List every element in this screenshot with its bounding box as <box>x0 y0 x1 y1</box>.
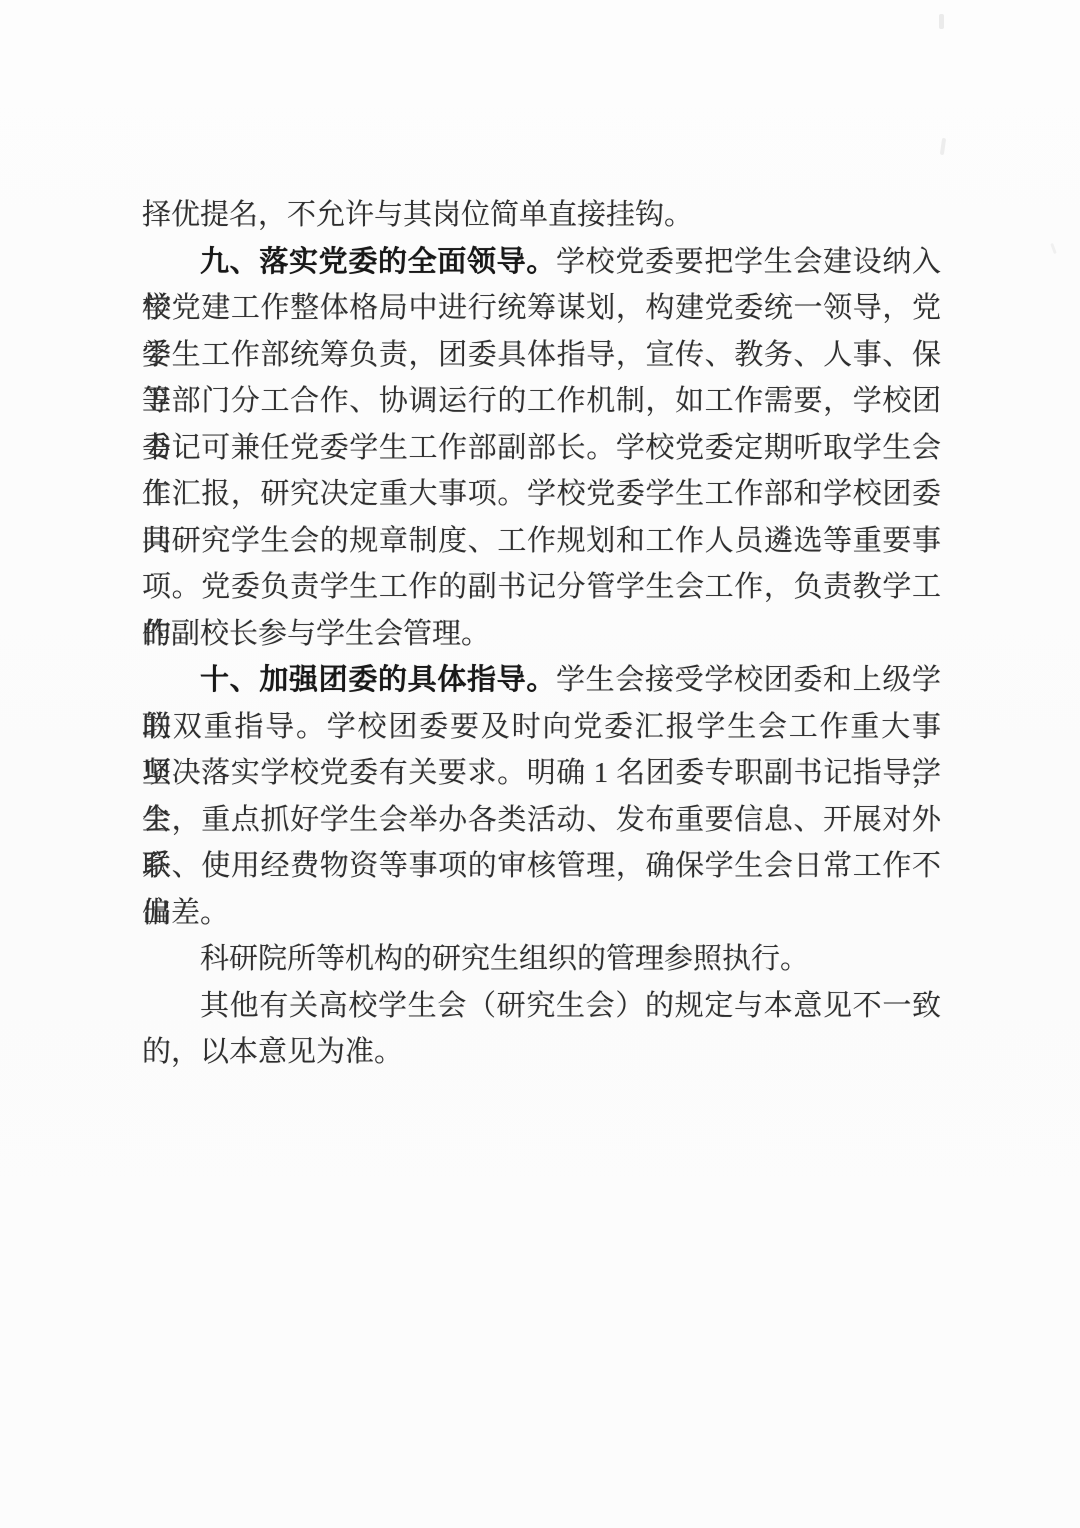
body-line: 等部门分工合作、协调运行的工作机制，如工作需要，学校团委 <box>142 378 941 425</box>
body-text: 其他有关高校学生会（研究生会）的规定与本意见不一致 <box>200 990 941 1022</box>
scan-artifact <box>939 14 944 29</box>
paragraph-last-line: 偏差。 <box>142 890 941 937</box>
section-nine-first-line: 九、落实党委的全面领导。学校党委要把学生会建设纳入学 <box>142 239 941 286</box>
text-column: 择优提名，不允许与其岗位简单直接挂钩。 九、落实党委的全面领导。学校党委要把学生… <box>142 192 941 1076</box>
final-clause-last-line: 的，以本意见为准。 <box>142 1029 941 1076</box>
body-text: 的副校长参与学生会管理。 <box>142 618 490 650</box>
document-page: 择优提名，不允许与其岗位简单直接挂钩。 九、落实党委的全面领导。学校党委要把学生… <box>0 0 1080 1528</box>
scan-artifact <box>1050 243 1057 254</box>
body-line: 校党建工作整体格局中进行统筹谋划，构建党委统一领导，党委 <box>142 285 941 332</box>
body-line: 同研究学生会的规章制度、工作规划和工作人员遴选等重要事 <box>142 518 941 565</box>
body-line: 坚决落实学校党委有关要求。明确 1 名团委专职副书记指导学生 <box>142 750 941 797</box>
body-text: 偏差。 <box>142 897 229 929</box>
body-text: 科研院所等机构的研究生组织的管理参照执行。 <box>200 943 809 975</box>
section-nine-heading: 九、落实党委的全面领导。 <box>200 246 556 278</box>
body-line: 项。党委负责学生工作的副书记分管学生会工作，负责教学工作 <box>142 564 941 611</box>
body-line: 书记可兼任党委学生工作部副部长。学校党委定期听取学生会工 <box>142 425 941 472</box>
paragraph-last-line: 的副校长参与学生会管理。 <box>142 611 941 658</box>
body-line: 会，重点抓好学生会举办各类活动、发布重要信息、开展对外联 <box>142 797 941 844</box>
section-ten-heading: 十、加强团委的具体指导。 <box>200 664 556 696</box>
reference-execution-line: 科研院所等机构的研究生组织的管理参照执行。 <box>142 936 941 983</box>
final-clause-first-line: 其他有关高校学生会（研究生会）的规定与本意见不一致 <box>142 983 941 1030</box>
body-text: 的，以本意见为准。 <box>142 1036 403 1068</box>
body-line: 作汇报，研究决定重大事项。学校党委学生工作部和学校团委共 <box>142 471 941 518</box>
section-ten-first-line: 十、加强团委的具体指导。学生会接受学校团委和上级学联 <box>142 657 941 704</box>
body-line: 学生工作部统筹负责，团委具体指导，宣传、教务、人事、保卫 <box>142 332 941 379</box>
body-line: 系、使用经费物资等事项的审核管理，确保学生会日常工作不出 <box>142 843 941 890</box>
body-text: 择优提名，不允许与其岗位简单直接挂钩。 <box>142 199 693 231</box>
scan-artifact <box>940 138 946 155</box>
paragraph-continuation-line: 择优提名，不允许与其岗位简单直接挂钩。 <box>142 192 941 239</box>
body-line: 的双重指导。学校团委要及时向党委汇报学生会工作重大事项， <box>142 704 941 751</box>
body-text: 同研究学生会的规章制度、工作规划和工作人员遴选等重要事 <box>142 525 941 557</box>
